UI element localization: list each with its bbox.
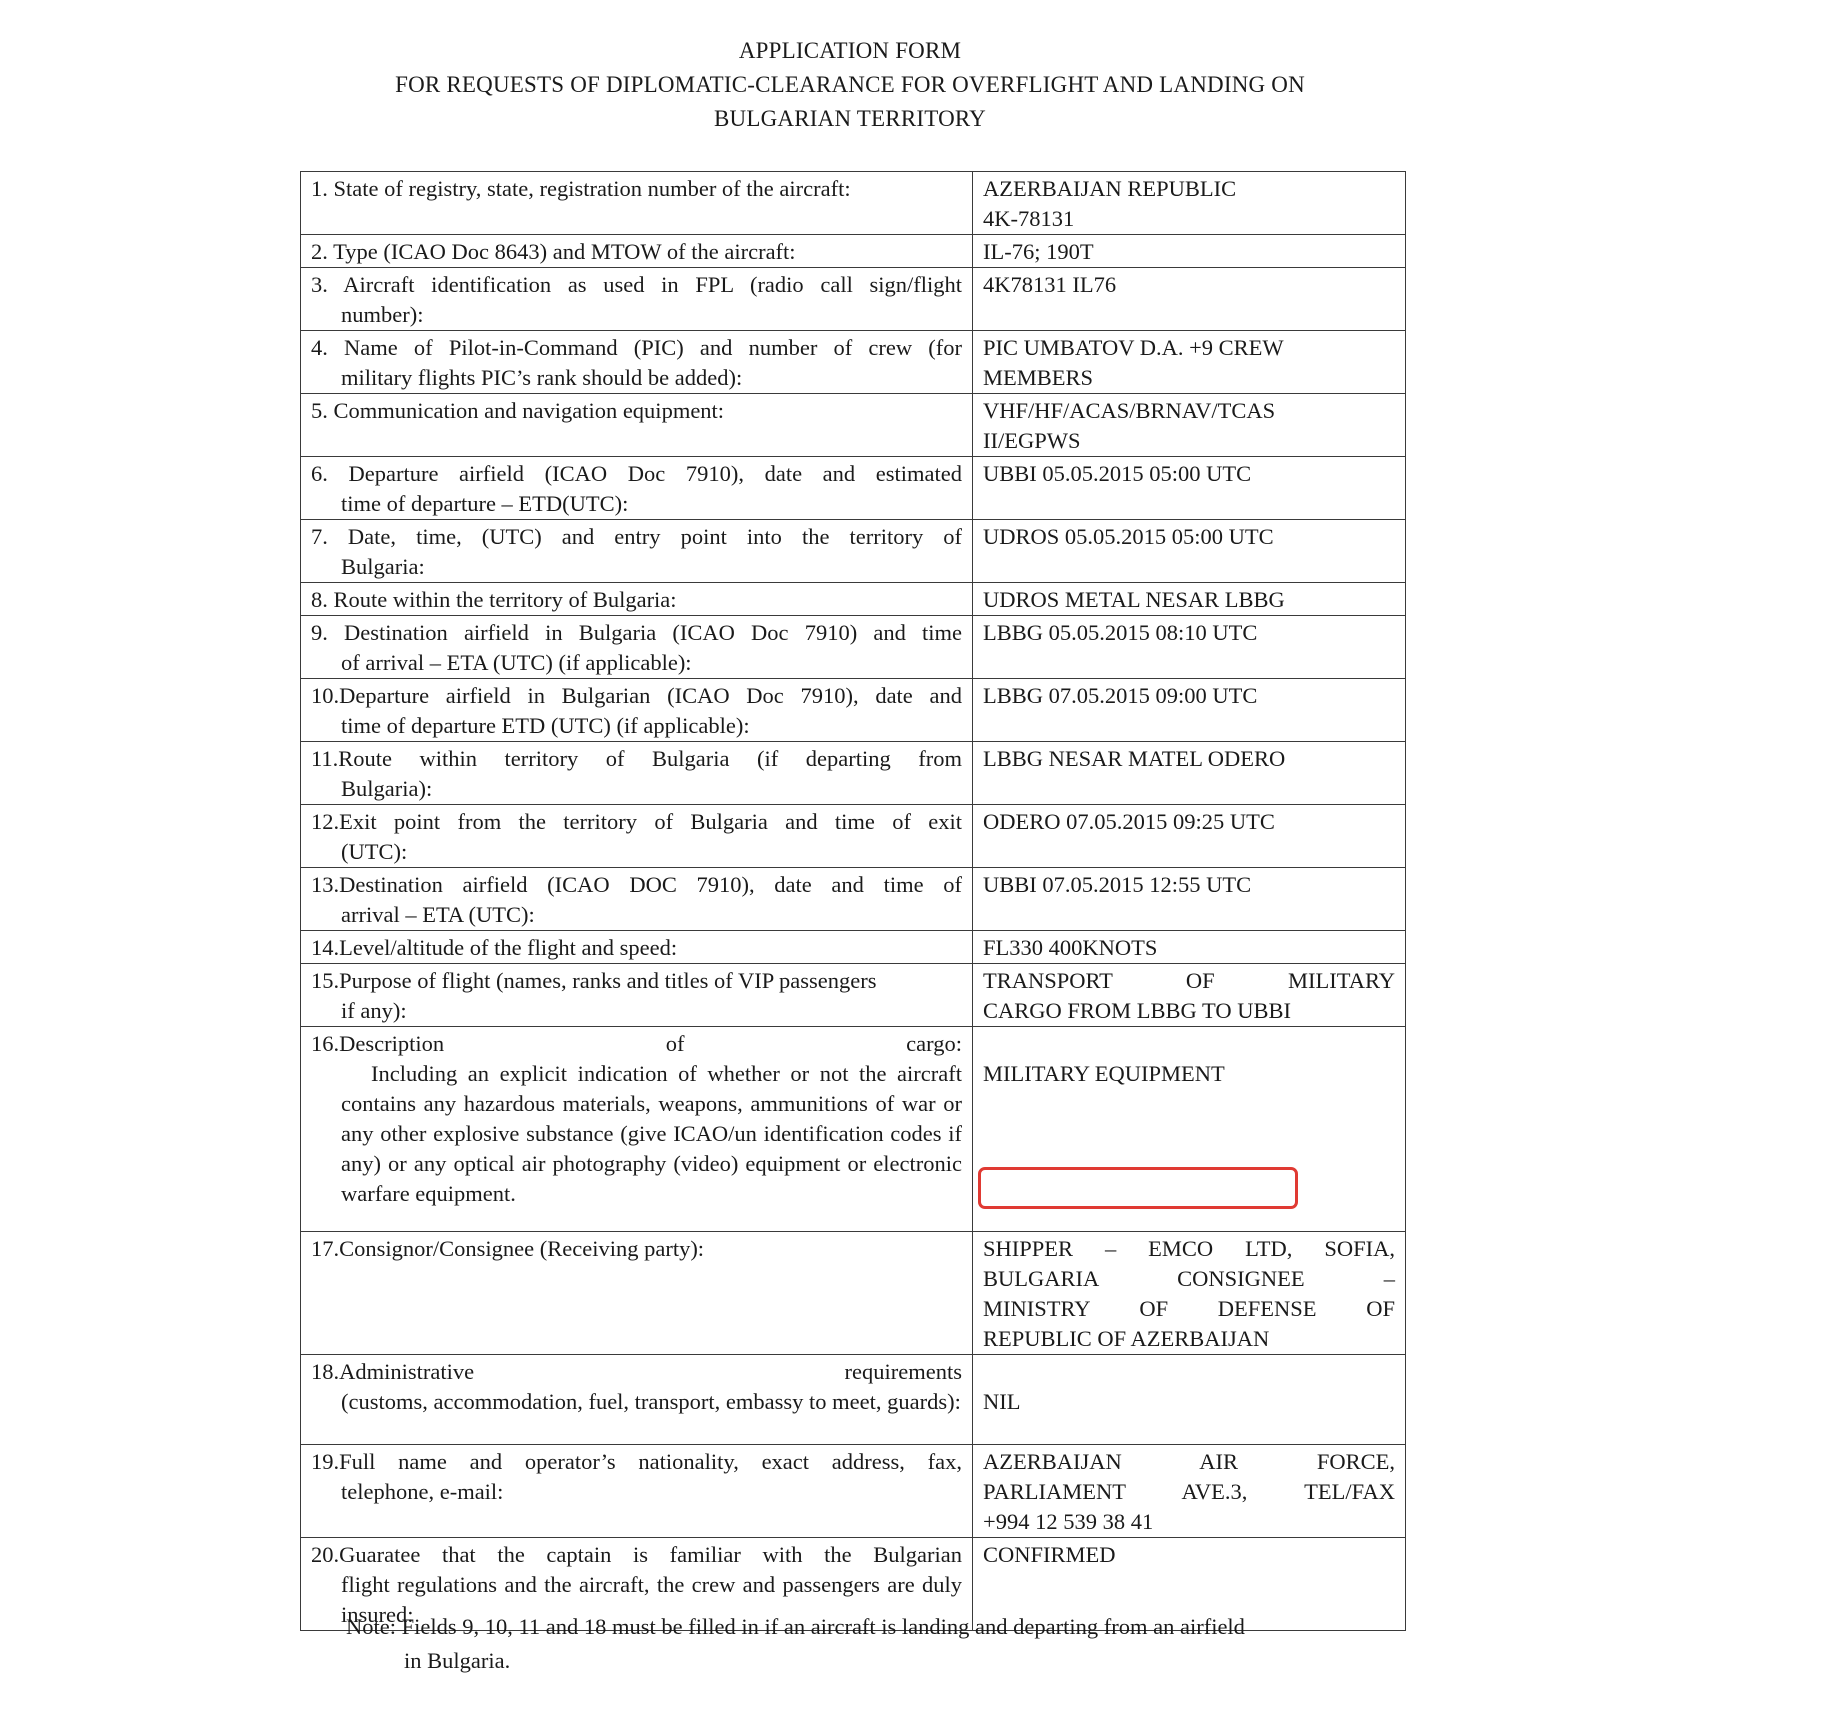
field-value-line: TRANSPORT OF MILITARY [983,966,1395,996]
form-row: 9. Destination airfield in Bulgaria (ICA… [301,616,1406,679]
field-value: LBBG 05.05.2015 08:10 UTC [973,616,1406,679]
field-value-line: 4K78131 IL76 [983,270,1395,300]
field-label-continuation: number): [311,300,962,330]
field-label: 10.Departure airfield in Bulgarian (ICAO… [301,679,973,742]
field-value: UBBI 05.05.2015 05:00 UTC [973,457,1406,520]
field-value-line: +994 12 539 38 41 [983,1507,1395,1537]
form-row: 16.Description of cargo:Including an exp… [301,1027,1406,1232]
field-label-text: 15.Purpose of flight (names, ranks and t… [311,966,962,996]
field-label-continuation: (UTC): [311,837,962,867]
form-title: APPLICATION FORM [0,38,1700,64]
field-value: UDROS METAL NESAR LBBG [973,583,1406,616]
footnote: Note: Fields 9, 10, 11 and 18 must be fi… [346,1610,1245,1678]
form-row: 2. Type (ICAO Doc 8643) and MTOW of the … [301,235,1406,268]
form-row: 15.Purpose of flight (names, ranks and t… [301,964,1406,1027]
field-value-line: MINISTRY OF DEFENSE OF [983,1294,1395,1324]
field-value-line: PARLIAMENT AVE.3, TEL/FAX [983,1477,1395,1507]
field-value-line: CARGO FROM LBBG TO UBBI [983,996,1395,1026]
field-value: PIC UMBATOV D.A. +9 CREWMEMBERS [973,331,1406,394]
field-value-line: SHIPPER – EMCO LTD, SOFIA, [983,1234,1395,1264]
field-value-line: MEMBERS [983,363,1395,393]
field-label-text: 18.Administrative requirements [311,1357,962,1387]
field-label-text: 11.Route within territory of Bulgaria (i… [311,744,962,774]
field-label: 8. Route within the territory of Bulgari… [301,583,973,616]
field-label: 5. Communication and navigation equipmen… [301,394,973,457]
field-value: LBBG 07.05.2015 09:00 UTC [973,679,1406,742]
field-label: 7. Date, time, (UTC) and entry point int… [301,520,973,583]
field-label-text: 20.Guaratee that the captain is familiar… [311,1540,962,1570]
field-label: 14.Level/altitude of the flight and spee… [301,931,973,964]
field-label-continuation: arrival – ETA (UTC): [311,900,962,930]
field-label: 11.Route within territory of Bulgaria (i… [301,742,973,805]
field-label: 15.Purpose of flight (names, ranks and t… [301,964,973,1027]
field-value: LBBG NESAR MATEL ODERO [973,742,1406,805]
form-row: 8. Route within the territory of Bulgari… [301,583,1406,616]
field-label: 1. State of registry, state, registratio… [301,172,973,235]
form-row: 10.Departure airfield in Bulgarian (ICAO… [301,679,1406,742]
field-value-line: AZERBAIJAN REPUBLIC [983,174,1395,204]
field-value-line: ODERO 07.05.2015 09:25 UTC [983,807,1395,837]
form-row: 12.Exit point from the territory of Bulg… [301,805,1406,868]
footnote-line-2: in Bulgaria. [346,1644,1245,1678]
form-row: 18.Administrative requirements(customs, … [301,1355,1406,1445]
field-value-line: UDROS 05.05.2015 05:00 UTC [983,522,1395,552]
field-value: 4K78131 IL76 [973,268,1406,331]
field-label-text: 13.Destination airfield (ICAO DOC 7910),… [311,870,962,900]
field-label-continuation: military flights PIC’s rank should be ad… [311,363,962,393]
form-row: 19.Full name and operator’s nationality,… [301,1445,1406,1538]
field-label: 3. Aircraft identification as used in FP… [301,268,973,331]
field-value-line: LBBG NESAR MATEL ODERO [983,744,1395,774]
field-label-text: 14.Level/altitude of the flight and spee… [311,933,962,963]
field-label-continuation: time of departure – ETD(UTC): [311,489,962,519]
form-subtitle: FOR REQUESTS OF DIPLOMATIC-CLEARANCE FOR… [0,72,1700,98]
field-value-line: UBBI 05.05.2015 05:00 UTC [983,459,1395,489]
field-value-line: UBBI 07.05.2015 12:55 UTC [983,870,1395,900]
field-value: TRANSPORT OF MILITARYCARGO FROM LBBG TO … [973,964,1406,1027]
field-value-line: PIC UMBATOV D.A. +9 CREW [983,333,1395,363]
field-value-line: CONFIRMED [983,1540,1395,1570]
field-label-text: 16.Description of cargo: [311,1029,962,1059]
field-value: MILITARY EQUIPMENT [973,1027,1406,1232]
field-value: UDROS 05.05.2015 05:00 UTC [973,520,1406,583]
form-subtitle-territory: BULGARIAN TERRITORY [0,106,1700,132]
form-row: 5. Communication and navigation equipmen… [301,394,1406,457]
form-row: 11.Route within territory of Bulgaria (i… [301,742,1406,805]
field-value: UBBI 07.05.2015 12:55 UTC [973,868,1406,931]
field-value-line: 4K-78131 [983,204,1395,234]
field-label: 6. Departure airfield (ICAO Doc 7910), d… [301,457,973,520]
field-label: 2. Type (ICAO Doc 8643) and MTOW of the … [301,235,973,268]
field-value-line: VHF/HF/ACAS/BRNAV/TCAS [983,396,1395,426]
field-label-text: 4. Name of Pilot-in-Command (PIC) and nu… [311,333,962,363]
field-value-line: II/EGPWS [983,426,1395,456]
field-value: SHIPPER – EMCO LTD, SOFIA,BULGARIA CONSI… [973,1232,1406,1355]
field-value: ODERO 07.05.2015 09:25 UTC [973,805,1406,868]
field-label: 19.Full name and operator’s nationality,… [301,1445,973,1538]
field-label: 13.Destination airfield (ICAO DOC 7910),… [301,868,973,931]
field-label-text: 8. Route within the territory of Bulgari… [311,585,962,615]
footnote-line-1: Note: Fields 9, 10, 11 and 18 must be fi… [346,1614,1245,1639]
field-label-continuation: if any): [311,996,962,1026]
field-value: AZERBAIJAN REPUBLIC4K-78131 [973,172,1406,235]
field-value-line: UDROS METAL NESAR LBBG [983,585,1395,615]
field-label-text: 12.Exit point from the territory of Bulg… [311,807,962,837]
field-label-continuation: Bulgaria: [311,552,962,582]
field-label-continuation: telephone, e-mail: [311,1477,962,1507]
field-value-line: LBBG 07.05.2015 09:00 UTC [983,681,1395,711]
field-label-text: 1. State of registry, state, registratio… [311,174,962,204]
field-label-continuation: time of departure ETD (UTC) (if applicab… [311,711,962,741]
field-label-text: 6. Departure airfield (ICAO Doc 7910), d… [311,459,962,489]
field-label-text: 7. Date, time, (UTC) and entry point int… [311,522,962,552]
field-label-continuation: Bulgaria): [311,774,962,804]
field-value-line: NIL [983,1387,1395,1417]
form-row: 3. Aircraft identification as used in FP… [301,268,1406,331]
field-value-line: FL330 400KNOTS [983,933,1395,963]
field-value: FL330 400KNOTS [973,931,1406,964]
field-label-text: 5. Communication and navigation equipmen… [311,396,962,426]
field-value: NIL [973,1355,1406,1445]
field-label-text: 2. Type (ICAO Doc 8643) and MTOW of the … [311,237,962,267]
clearance-form-table: 1. State of registry, state, registratio… [300,171,1406,1631]
form-row: 17.Consignor/Consignee (Receiving party)… [301,1232,1406,1355]
field-label: 18.Administrative requirements(customs, … [301,1355,973,1445]
field-label-text: 3. Aircraft identification as used in FP… [311,270,962,300]
field-label-text: 19.Full name and operator’s nationality,… [311,1447,962,1477]
field-label: 4. Name of Pilot-in-Command (PIC) and nu… [301,331,973,394]
field-label: 9. Destination airfield in Bulgaria (ICA… [301,616,973,679]
field-value-line: LBBG 05.05.2015 08:10 UTC [983,618,1395,648]
field-label: 17.Consignor/Consignee (Receiving party)… [301,1232,973,1355]
form-row: 13.Destination airfield (ICAO DOC 7910),… [301,868,1406,931]
form-row: 4. Name of Pilot-in-Command (PIC) and nu… [301,331,1406,394]
form-row: 7. Date, time, (UTC) and entry point int… [301,520,1406,583]
form-row: 14.Level/altitude of the flight and spee… [301,931,1406,964]
field-label-text: 9. Destination airfield in Bulgaria (ICA… [311,618,962,648]
form-row: 1. State of registry, state, registratio… [301,172,1406,235]
field-label-text: 10.Departure airfield in Bulgarian (ICAO… [311,681,962,711]
field-value-line: BULGARIA CONSIGNEE – [983,1264,1395,1294]
field-label: 12.Exit point from the territory of Bulg… [301,805,973,868]
field-value-line: MILITARY EQUIPMENT [983,1059,1395,1089]
field-label-continuation: (customs, accommodation, fuel, transport… [311,1387,962,1417]
field-label-continuation: of arrival – ETA (UTC) (if applicable): [311,648,962,678]
field-label: 16.Description of cargo:Including an exp… [301,1027,973,1232]
field-value-line: AZERBAIJAN AIR FORCE, [983,1447,1395,1477]
field-value: VHF/HF/ACAS/BRNAV/TCASII/EGPWS [973,394,1406,457]
field-value-line: IL-76; 190T [983,237,1395,267]
field-label-continuation: Including an explicit indication of whet… [311,1059,962,1209]
field-value: IL-76; 190T [973,235,1406,268]
field-value-line: REPUBLIC OF AZERBAIJAN [983,1324,1395,1354]
field-label-text: 17.Consignor/Consignee (Receiving party)… [311,1234,962,1264]
field-value: AZERBAIJAN AIR FORCE,PARLIAMENT AVE.3, T… [973,1445,1406,1538]
form-row: 6. Departure airfield (ICAO Doc 7910), d… [301,457,1406,520]
